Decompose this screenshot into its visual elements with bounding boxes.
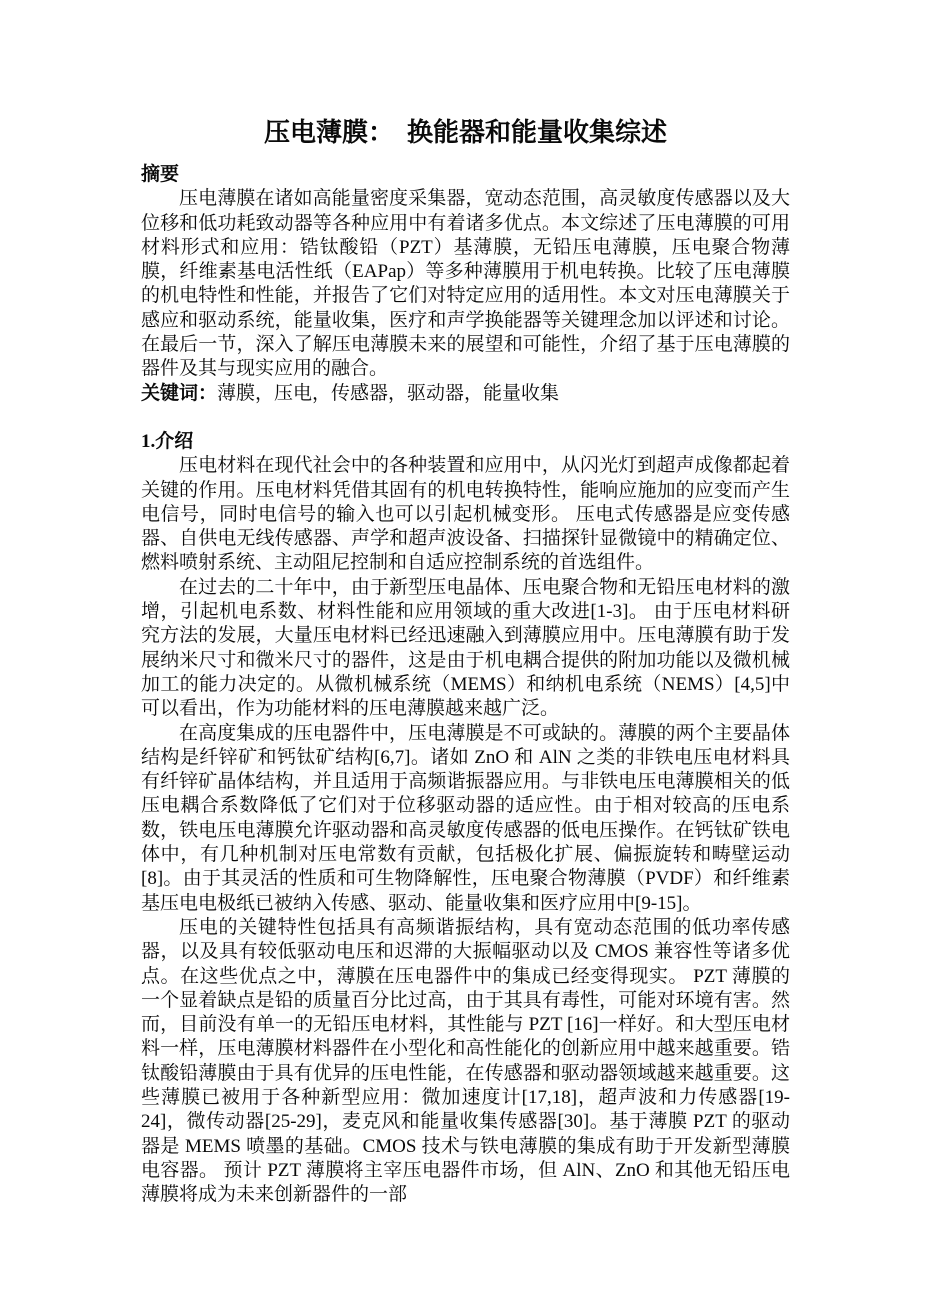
abstract-paragraph: 压电薄膜在诸如高能量密度采集器，宽动态范围，高灵敏度传感器以及大位移和低功耗致动… bbox=[141, 187, 790, 381]
page-title: 压电薄膜： 换能器和能量收集综述 bbox=[141, 116, 790, 150]
intro-paragraph-3: 在高度集成的压电器件中，压电薄膜是不可或缺的。薄膜的两个主要晶体结构是纤锌矿和钙… bbox=[141, 722, 790, 916]
intro-paragraph-4: 压电的关键特性包括具有高频谐振结构，具有宽动态范围的低功率传感器，以及具有较低驱… bbox=[141, 916, 790, 1208]
keywords-text: 薄膜，压电，传感器，驱动器，能量收集 bbox=[217, 383, 559, 404]
abstract-heading: 摘要 bbox=[141, 163, 790, 187]
keywords-label: 关键词： bbox=[141, 383, 217, 404]
section-1-heading: 1.介绍 bbox=[141, 430, 790, 454]
document-page: 压电薄膜： 换能器和能量收集综述 摘要 压电薄膜在诸如高能量密度采集器，宽动态范… bbox=[0, 0, 926, 1309]
intro-paragraph-1: 压电材料在现代社会中的各种装置和应用中，从闪光灯到超声成像都起着关键的作用。压电… bbox=[141, 454, 790, 575]
keywords-line: 关键词：薄膜，压电，传感器，驱动器，能量收集 bbox=[141, 382, 790, 406]
intro-paragraph-2: 在过去的二十年中，由于新型压电晶体、压电聚合物和无铅压电材料的激增，引起机电系数… bbox=[141, 576, 790, 722]
